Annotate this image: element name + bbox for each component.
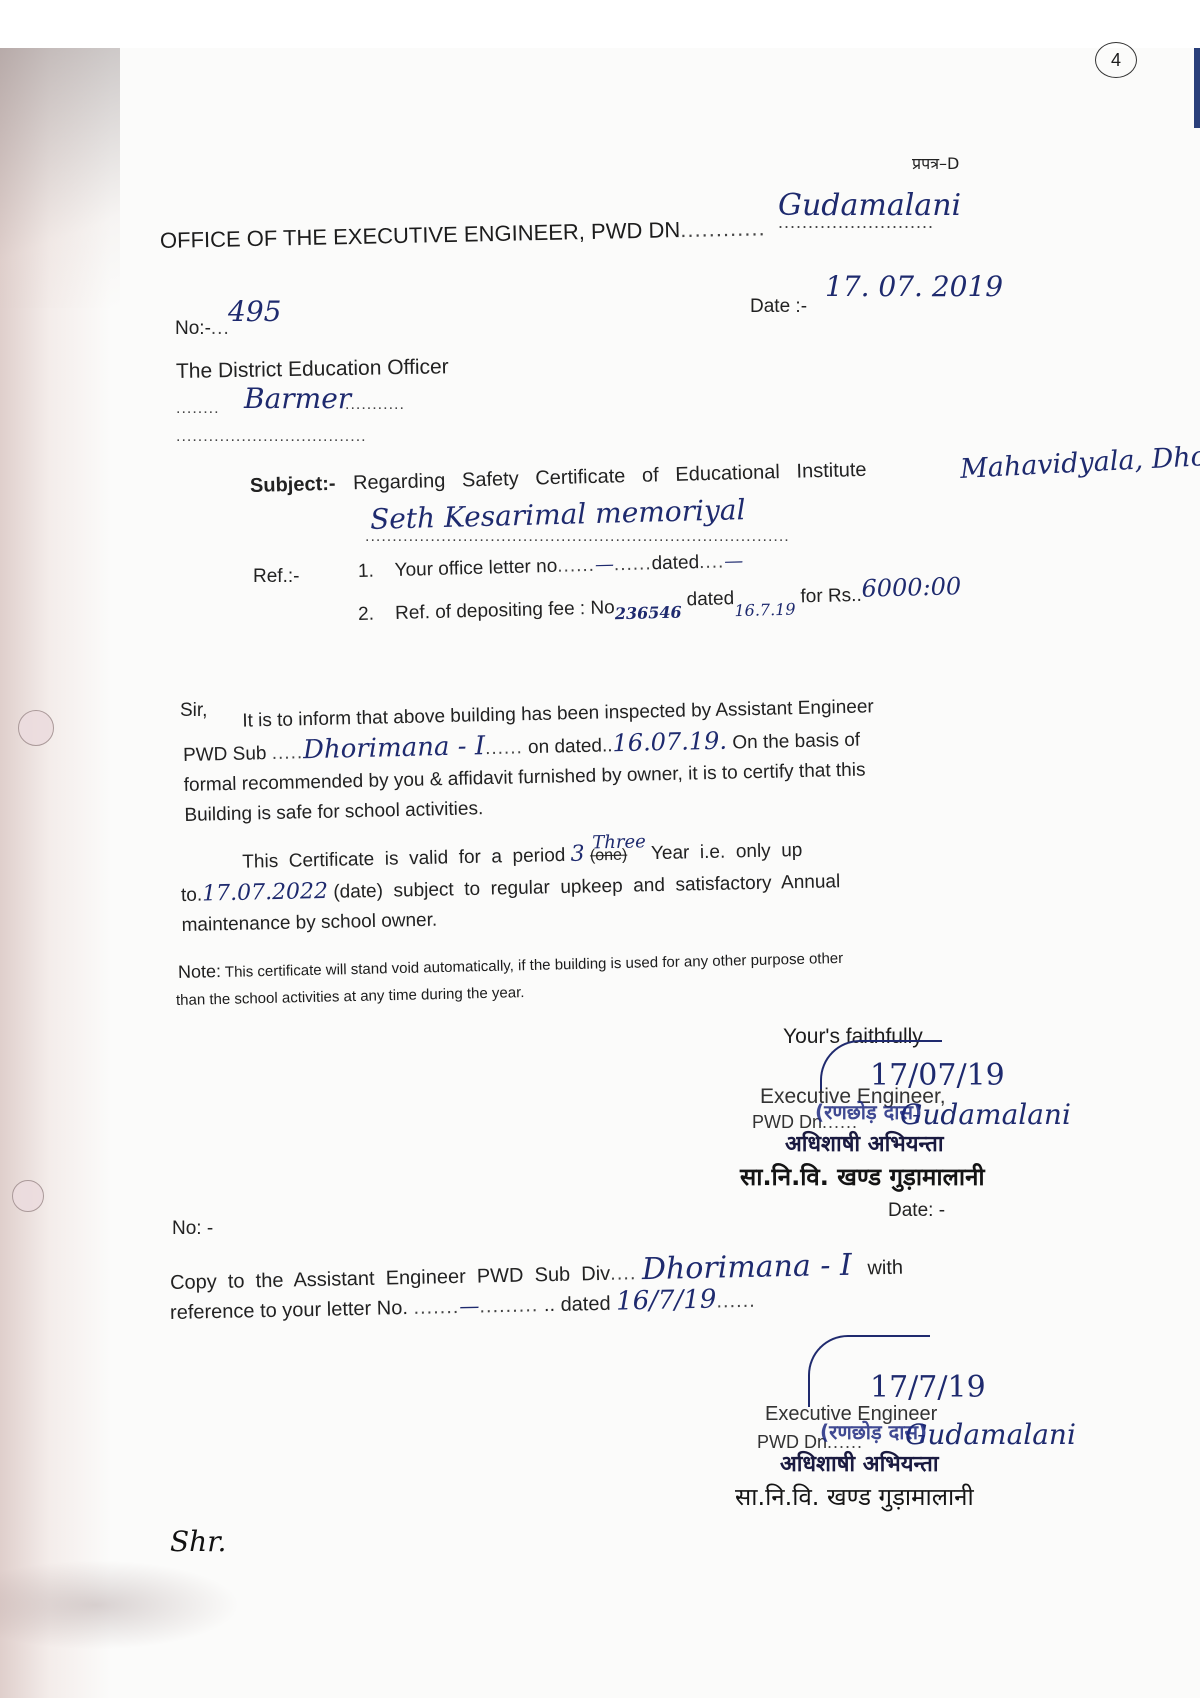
sub-division-handwritten: Dhorimana - I — [303, 731, 486, 765]
letter-date-value: 17. 07. 2019 — [825, 270, 1003, 303]
body-text: Year i.e. only up — [651, 840, 803, 864]
ref-text: Your office letter no — [394, 556, 557, 581]
date-label: Date: - — [888, 1200, 945, 1222]
copy-dated-handwritten: 16/7/19 — [616, 1285, 717, 1317]
dotted-line: .......................... — [778, 212, 934, 233]
ref-num: 2. — [358, 604, 374, 625]
body-text: PWD Sub — [183, 743, 267, 766]
copy-letter-no: — — [459, 1294, 479, 1318]
stamp-office: सा.नि.वि. खण्ड गुड़ामालानी — [740, 1160, 985, 1193]
division-handwritten: Gudamalani — [905, 1418, 1076, 1451]
body-text: on dated.. — [528, 735, 613, 758]
sub-division-handwritten: Dhorimana - I — [642, 1248, 853, 1287]
division-handwritten: Gudamalani — [900, 1098, 1071, 1131]
period-word-handwritten: Three — [592, 831, 646, 853]
valid-until-handwritten: 17.07.2022 — [202, 879, 328, 907]
ref-amount-label: for Rs.. — [800, 585, 862, 608]
body-text: to. — [181, 885, 203, 906]
punch-hole-icon — [18, 710, 54, 746]
page-number-marker: 4 — [1095, 42, 1137, 78]
stamp-designation: अधिशाषी अभियन्ता — [785, 1128, 944, 1158]
copy-text: reference to your letter No. — [170, 1297, 408, 1324]
ref-dated-value: 16.7.19 — [734, 600, 796, 621]
addressee-title: The District Education Officer — [176, 355, 449, 384]
ref-num: 1. — [358, 561, 374, 582]
body-text: (date) subject to regular upkeep and sat… — [333, 871, 840, 903]
stamp-office: सा.नि.वि. खण्ड गुड़ामालानी — [735, 1480, 974, 1513]
signed-date: 17/7/19 — [870, 1370, 986, 1405]
inspection-date-handwritten: 16.07.19. — [612, 727, 727, 758]
body-text: On the basis of — [732, 730, 860, 754]
letter-no-value: 495 — [228, 295, 281, 328]
letter-no-field: No:-... — [175, 318, 230, 340]
page-edge-marker — [1194, 48, 1200, 128]
ref-amount-value: 6000:00 — [861, 572, 961, 603]
ref-text: Ref. of depositing fee : No — [395, 597, 615, 624]
ref-no-value: — — [595, 553, 615, 575]
letter-no-label: No:- — [175, 318, 211, 339]
dotted-line: ................................... — [176, 428, 367, 446]
stamp-name: (रणछोड़ दास) — [815, 1098, 922, 1125]
form-label: प्रपत्र–D — [912, 152, 959, 174]
period-handwritten: 3 — [570, 842, 585, 867]
ref-dated-value: — — [724, 550, 744, 572]
dotted-line: ........................................… — [365, 528, 790, 546]
ref-dated-label: dated — [651, 552, 699, 574]
body-text: This Certificate is valid for a period — [242, 845, 565, 873]
copy-text: with — [867, 1257, 903, 1280]
ref-dated-label: dated — [686, 588, 734, 610]
punch-hole-icon — [12, 1180, 44, 1212]
letter-date-label: Date :- — [750, 296, 807, 318]
initials: Shr. — [170, 1525, 226, 1558]
scan-shadow-bottom — [0, 1560, 240, 1650]
dotted-line: ........ — [176, 400, 220, 418]
copy-no-label: No: - — [172, 1218, 213, 1240]
scan-shadow-corner — [0, 48, 120, 308]
page-number: 4 — [1111, 50, 1121, 70]
ref-label: Ref.:- — [253, 566, 299, 588]
body-paragraph-2: This Certificate is valid for a period 3… — [180, 831, 990, 941]
note-label: Note: — [178, 961, 221, 982]
addressee-place: Barmer — [244, 382, 351, 415]
subject-label: Subject:- — [250, 473, 336, 497]
stamp-designation: अधिशाषी अभियन्ता — [780, 1448, 939, 1478]
copy-text: .. dated — [544, 1293, 611, 1316]
dotted-line: ........... — [345, 396, 405, 414]
body-paragraph-1: It is to inform that above building has … — [182, 690, 985, 831]
stamp-name: (रणछोड़ दास) — [820, 1418, 927, 1445]
ref-no-value: 236546 — [615, 603, 682, 624]
